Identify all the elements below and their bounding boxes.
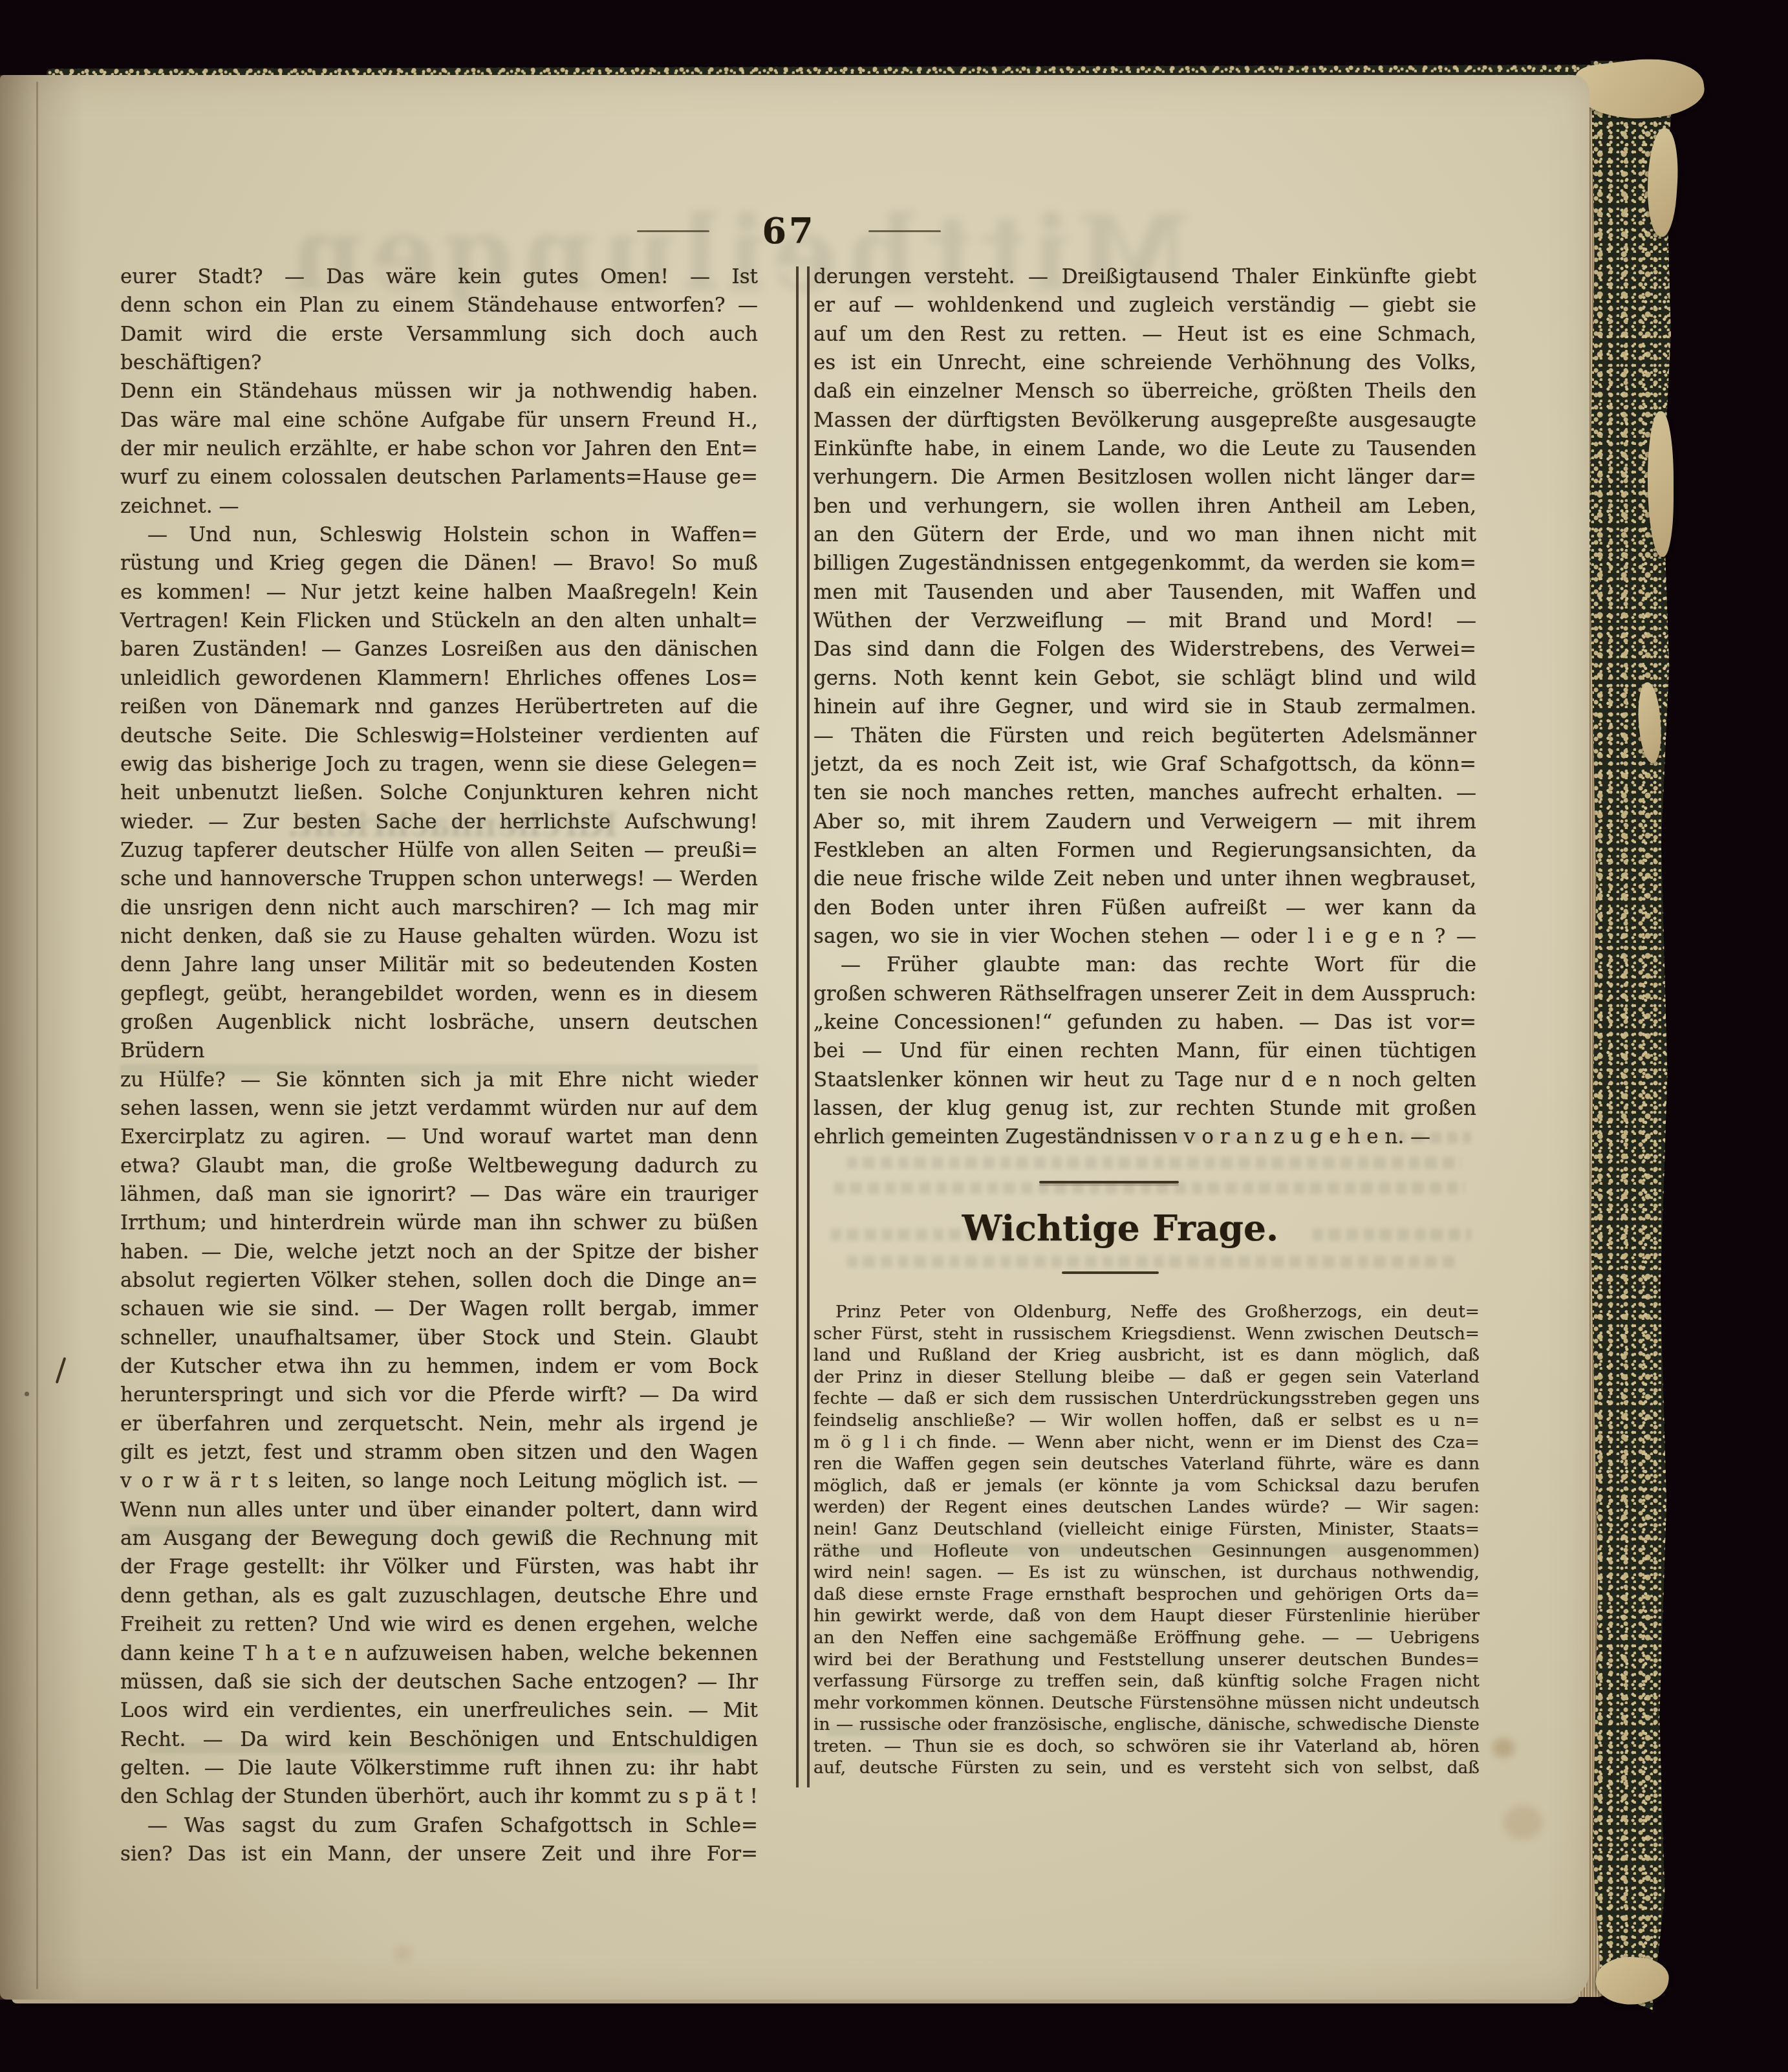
right-text-column: derungen versteht. — Dreißigtausend Thal… (813, 263, 1476, 1152)
text-line: Prinz Peter von Oldenburg, Neffe des Gro… (813, 1301, 1480, 1323)
text-line: men mit Tausenden und aber Tausenden, mi… (813, 578, 1476, 607)
text-line: Vertragen! Kein Flicken und Stückeln an … (120, 607, 758, 635)
text-line: treten. — Thun sie es doch, so schwören … (813, 1736, 1480, 1758)
text-line: lähmen, daß man sie ignorirt? — Das wäre… (120, 1180, 758, 1209)
text-line: Staatslenker können wir heut zu Tage nur… (813, 1066, 1476, 1094)
text-line: nein! Ganz Deutschland (vielleicht einig… (813, 1518, 1480, 1540)
text-line: gerns. Noth kennt kein Gebot, sie schläg… (813, 664, 1476, 693)
gutter-fold-crease (36, 81, 38, 1989)
paper-stain (1503, 1806, 1542, 1839)
text-line: denn schon ein Plan zu einem Ständehause… (120, 291, 758, 319)
section-title: Wichtige Frage. (789, 1207, 1452, 1249)
text-line: Zuzug tapferer deutscher Hülfe von allen… (120, 836, 758, 865)
text-line: nicht denken, daß sie zu Hause gehalten … (120, 922, 758, 951)
text-line: unleidlich gewordenen Klammern! Ehrliche… (120, 664, 758, 693)
text-line: der mir neulich erzählte, er habe schon … (120, 435, 758, 463)
text-line: — Und nun, Schleswig Holstein schon in W… (120, 521, 758, 549)
text-line: ehrlich gemeinten Zugeständnissen v o r … (813, 1123, 1476, 1151)
scanned-book-page-photo: Mittheilungen Kirchennachricht. 67 eurer… (0, 0, 1788, 2072)
header-rule-right (868, 230, 941, 232)
text-line: großen Augenblick nicht losbräche, unser… (120, 1008, 758, 1066)
text-line: Wüthen der Verzweiflung — mit Brand und … (813, 607, 1476, 635)
text-line: Freiheit zu retten? Und wie wird es dene… (120, 1610, 758, 1639)
page-header: 67 (637, 211, 941, 251)
text-line: der Kutscher etwa ihn zu hemmen, indem e… (120, 1352, 758, 1381)
text-line: verfassung Fürsorge zu treffen sein, daß… (813, 1670, 1480, 1692)
text-line: zeichnet. — (120, 492, 758, 521)
text-line: gelten. — Die laute Völkerstimme ruft ih… (120, 1754, 758, 1782)
text-line: wird nein! sagen. — Es ist zu wünschen, … (813, 1562, 1480, 1584)
left-text-column: eurer Stadt? — Das wäre kein gutes Omen!… (120, 263, 758, 1868)
text-line: sagen, wo sie in vier Wochen stehen — od… (813, 922, 1476, 951)
text-line: Wenn nun alles unter und über einander p… (120, 1496, 758, 1524)
text-line: sehen lassen, wenn sie jetzt verdammt wü… (120, 1094, 758, 1123)
bleed-through-text-lines (847, 1157, 1461, 1169)
text-line: gilt es jetzt, fest und stramm oben sitz… (120, 1438, 758, 1467)
text-line: es kommen! — Nur jetzt keine halben Maaß… (120, 578, 758, 607)
text-line: großen schweren Räthselfragen unserer Ze… (813, 980, 1476, 1008)
paper-stain (394, 1947, 411, 1961)
text-line: der Frage gestellt: ihr Völker und Fürst… (120, 1553, 758, 1581)
text-line: eurer Stadt? — Das wäre kein gutes Omen!… (120, 263, 758, 291)
text-line: „keine Concessionen!“ gefunden zu haben.… (813, 1008, 1476, 1037)
text-line: herunterspringt und sich vor die Pferde … (120, 1381, 758, 1409)
text-line: ewig das bisherige Joch zu tragen, wenn … (120, 750, 758, 779)
text-line: auf um den Rest zu retten. — Heut ist es… (813, 320, 1476, 349)
page-number: 67 (762, 210, 815, 252)
text-line: denn gethan, als es galt zuzuschlagen, d… (120, 1582, 758, 1610)
text-line: fechte — daß er sich dem russischen Unte… (813, 1388, 1480, 1410)
book-cover-edge-right (1586, 61, 1674, 2010)
text-line: möglich, daß er jemals (er könnte ja vom… (813, 1475, 1480, 1497)
text-line: Exercirplatz zu agiren. — Und worauf war… (120, 1123, 758, 1151)
text-line: wird bei der Berathung und Feststellung … (813, 1649, 1480, 1671)
text-line: billigen Zugeständnissen entgegenkommt, … (813, 549, 1476, 577)
text-line: — Thäten die Fürsten und reich begüterte… (813, 722, 1476, 750)
torn-paper-patch (1648, 411, 1674, 557)
text-line: an den Gütern der Erde, und wo man ihnen… (813, 521, 1476, 549)
text-line: es ist ein Unrecht, eine schreiende Verh… (813, 349, 1476, 377)
text-line: die unsrigen denn nicht auch marschiren?… (120, 894, 758, 922)
section-title-rule (1062, 1271, 1159, 1274)
text-line: land und Rußland der Krieg ausbricht, is… (813, 1344, 1480, 1366)
text-line: die neue frische wilde Zeit neben und un… (813, 865, 1476, 893)
text-line: Festkleben an alten Formen und Regierung… (813, 836, 1476, 865)
text-line: dann keine T h a t e n aufzuweisen haben… (120, 1639, 758, 1668)
text-line: verhungern. Die Armen Besitzlosen wollen… (813, 463, 1476, 491)
text-line: hinein auf ihre Gegner, und wird sie in … (813, 693, 1476, 721)
text-line: absolut regierten Völker stehen, sollen … (120, 1266, 758, 1295)
text-line: ten sie noch manches retten, manches auf… (813, 779, 1476, 807)
text-line: bei — Und für einen rechten Mann, für ei… (813, 1037, 1476, 1065)
section-text-column: Prinz Peter von Oldenburg, Neffe des Gro… (813, 1301, 1480, 1779)
text-line: gepflegt, geübt, herangebildet worden, w… (120, 980, 758, 1008)
text-line: sien? Das ist ein Mann, der unsere Zeit … (120, 1840, 758, 1868)
text-line: er auf — wohldenkend und zugleich verstä… (813, 291, 1476, 319)
text-line: Aber so, mit ihrem Zaudern und Verweiger… (813, 808, 1476, 836)
text-line: zu Hülfe? — Sie könnten sich ja mit Ehre… (120, 1066, 758, 1094)
text-line: scher Fürst, steht in russischem Kriegsd… (813, 1323, 1480, 1345)
column-divider-rule (796, 266, 810, 1787)
text-line: heit unbenutzt ließen. Solche Conjunktur… (120, 779, 758, 807)
section-separator-rule (1039, 1181, 1179, 1183)
text-line: ren die Waffen gegen sein deutsches Vate… (813, 1453, 1480, 1475)
text-line: baren Zuständen! — Ganzes Losreißen aus … (120, 635, 758, 664)
text-line: denn Jahre lang unser Militär mit so bed… (120, 951, 758, 979)
text-line: Das wäre mal eine schöne Aufgabe für uns… (120, 406, 758, 435)
text-line: daß ein einzelner Mensch so überreiche, … (813, 377, 1476, 405)
text-line: lassen, der klug genug ist, zur rechten … (813, 1094, 1476, 1123)
page-gutter-shadow (0, 75, 84, 2000)
bleed-through-text-lines (834, 1182, 1465, 1194)
text-line: räthe und Hofleute von undeutschen Gesin… (813, 1540, 1480, 1562)
text-line: feindselig anschließe? — Wir wollen hoff… (813, 1410, 1480, 1432)
text-line: Einkünfte habe, in einem Lande, wo die L… (813, 435, 1476, 463)
text-line: Massen der dürftigsten Bevölkerung ausge… (813, 406, 1476, 435)
text-line: reißen von Dänemark nnd ganzes Herübertr… (120, 693, 758, 721)
text-line: den Boden unter ihren Füßen aufreißt — w… (813, 894, 1476, 922)
text-line: haben. — Die, welche jetzt noch an der S… (120, 1238, 758, 1266)
text-line: Damit wird die erste Versammlung sich do… (120, 320, 758, 378)
text-line: an den Neffen eine sachgemäße Eröffnung … (813, 1627, 1480, 1649)
text-line: der Prinz in dieser Stellung bleibe — da… (813, 1366, 1480, 1388)
text-line: Irrthum; und hinterdrein würde man ihn s… (120, 1209, 758, 1237)
text-line: rüstung und Krieg gegen die Dänen! — Bra… (120, 549, 758, 577)
text-line: Denn ein Ständehaus müssen wir ja nothwe… (120, 377, 758, 405)
text-line: wieder. — Zur besten Sache der herrlichs… (120, 808, 758, 836)
text-line: hin gewirkt werde, daß von dem Haupt die… (813, 1605, 1480, 1627)
text-line: müssen, daß sie sich der deutschen Sache… (120, 1668, 758, 1696)
text-line: werden) der Regent eines deutschen Lande… (813, 1496, 1480, 1518)
text-line: — Früher glaubte man: das rechte Wort fü… (813, 951, 1476, 979)
text-line: m ö g l i ch finde. — Wenn aber nicht, w… (813, 1432, 1480, 1454)
text-line: Recht. — Da wird kein Beschönigen und En… (120, 1725, 758, 1754)
text-line: mehr vorkommen können. Deutsche Fürstens… (813, 1692, 1480, 1714)
text-line: jetzt, da es noch Zeit ist, wie Graf Sch… (813, 750, 1476, 779)
text-line: er überfahren und zerquetscht. Nein, meh… (120, 1410, 758, 1438)
text-line: derungen versteht. — Dreißigtausend Thal… (813, 263, 1476, 291)
header-rule-left (637, 230, 709, 232)
text-line: etwa? Glaubt man, die große Weltbewegung… (120, 1152, 758, 1180)
text-line: schauen wie sie sind. — Der Wagen rollt … (120, 1295, 758, 1323)
text-line: daß diese ernste Frage ernsthaft besproc… (813, 1584, 1480, 1606)
paper-stain (1492, 1738, 1514, 1758)
text-line: ben und verhungern, sie wollen ihren Ant… (813, 492, 1476, 521)
bleed-through-text-lines (847, 1256, 1455, 1268)
text-line: — Was sagst du zum Grafen Schafgottsch i… (120, 1811, 758, 1840)
text-line: v o r w ä r t s leiten, so lange noch Le… (120, 1467, 758, 1495)
text-line: auf, deutsche Fürsten zu sein, und es ve… (813, 1757, 1480, 1779)
text-line: in — russische oder französische, englis… (813, 1714, 1480, 1736)
text-line: sche und hannoversche Truppen schon unte… (120, 865, 758, 893)
text-line: deutsche Seite. Die Schleswig=Holsteiner… (120, 722, 758, 750)
text-line: Loos wird ein verdientes, ein unerfreuli… (120, 1696, 758, 1725)
text-line: wurf zu einem colossalen deutschen Parla… (120, 463, 758, 491)
text-line: schneller, unaufhaltsamer, über Stock un… (120, 1324, 758, 1352)
text-line: den Schlag der Stunden überhört, auch ih… (120, 1782, 758, 1811)
text-line: Das sind dann die Folgen des Widerstrebe… (813, 635, 1476, 664)
text-line: am Ausgang der Bewegung doch gewiß die R… (120, 1524, 758, 1553)
pencil-dot (25, 1392, 29, 1396)
